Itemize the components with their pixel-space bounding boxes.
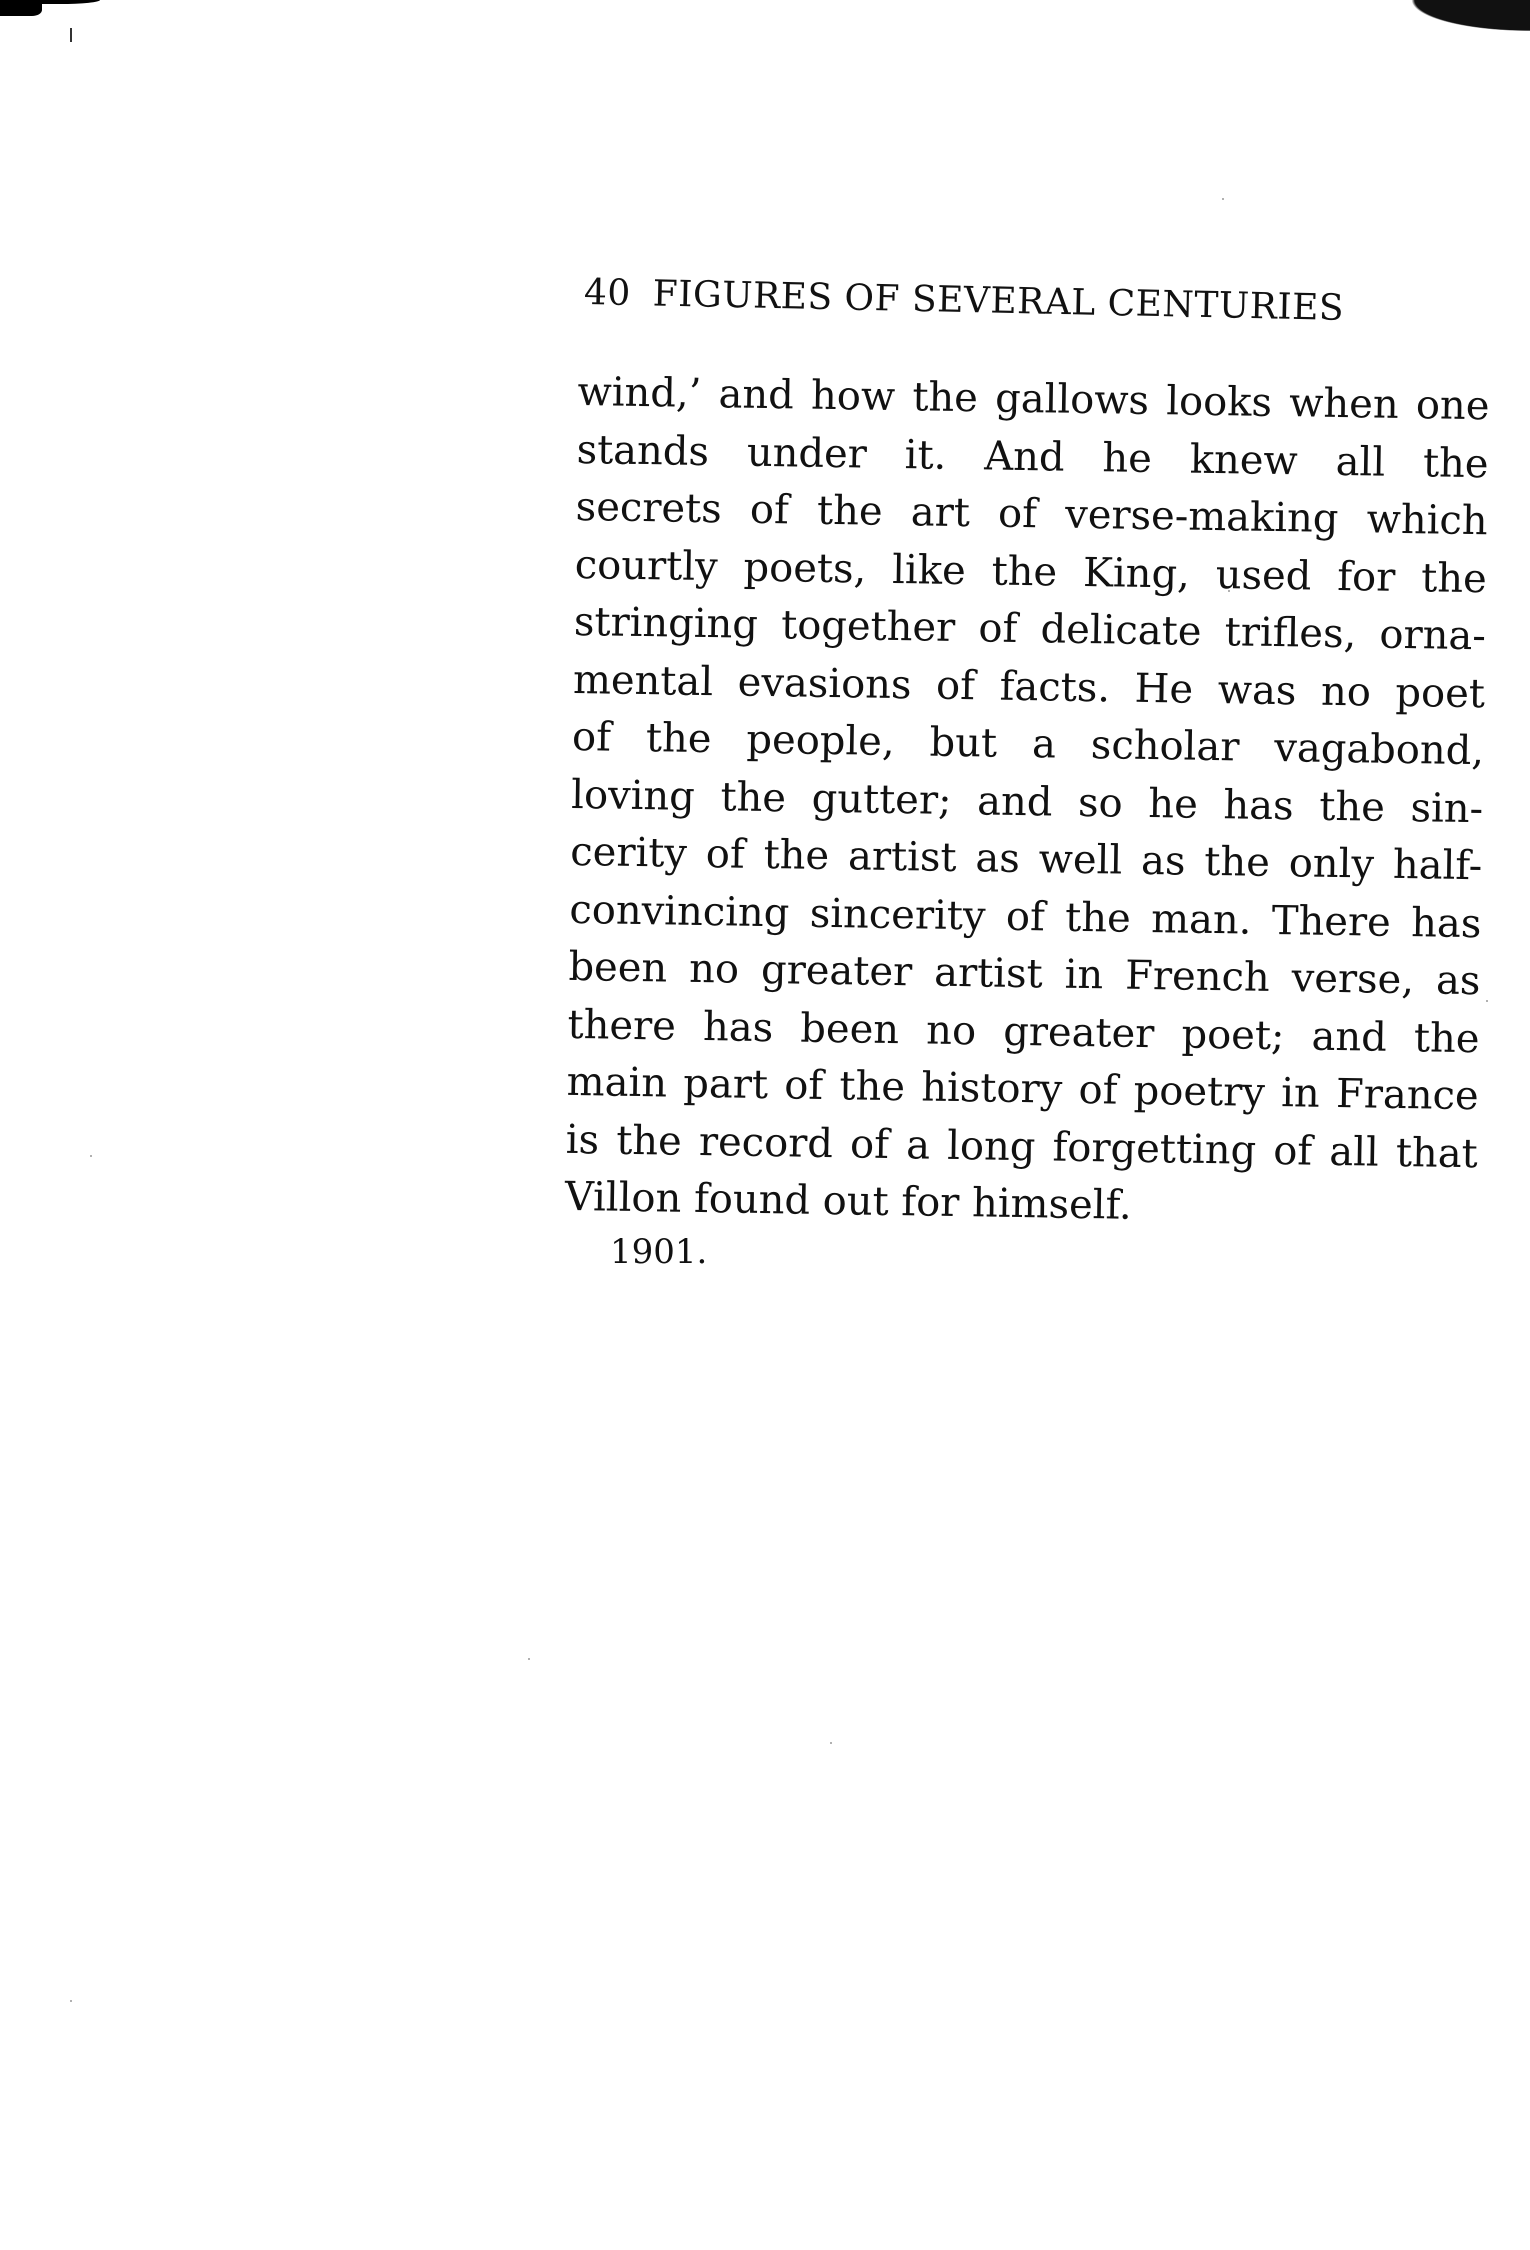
scan-edge-artifact-right — [1380, 0, 1530, 42]
scan-speck-mark — [70, 28, 72, 42]
book-page: 40FIGURES OF SEVERAL CENTURIES wind,’ an… — [0, 0, 1530, 2250]
running-title: FIGURES OF SEVERAL CENTURIES — [652, 273, 1344, 328]
essay-date: 1901. — [610, 1232, 707, 1272]
paper-speck — [90, 1155, 92, 1157]
paper-speck — [830, 1742, 832, 1744]
paper-speck — [528, 1658, 530, 1660]
body-paragraph: wind,’ and how the gallows looks when on… — [564, 364, 1489, 1241]
scan-edge-artifact-left-strip — [20, 0, 100, 4]
paper-speck — [70, 2000, 72, 2002]
paper-speck — [1222, 198, 1224, 200]
paper-speck — [1486, 1000, 1488, 1002]
running-header: 40FIGURES OF SEVERAL CENTURIES — [584, 272, 1455, 331]
page-number: 40 — [584, 272, 632, 314]
